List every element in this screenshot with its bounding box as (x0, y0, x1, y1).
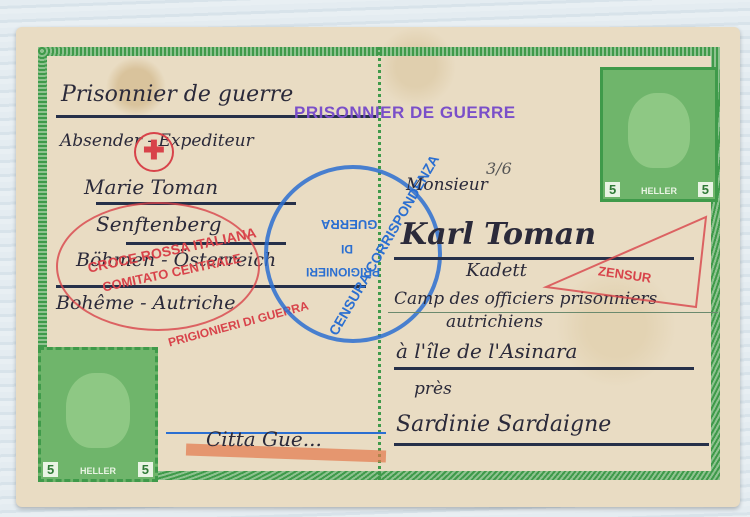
header-handwriting: Prisonnier de guerre (61, 82, 293, 107)
address-line: près (414, 379, 452, 399)
adhesive-postage-stamp: 5 HELLER 5 (38, 347, 158, 482)
pencil-note: 3/6 (486, 159, 512, 178)
purple-handstamp: PRISONNIER DE GUERRE (294, 103, 516, 123)
postcard: 5 HELLER 5 5 HELLER 5 Prisonnier de guer… (16, 27, 740, 507)
address-line: Sardinie Sardaigne (396, 412, 611, 437)
address-line: autrichiens (446, 312, 543, 332)
salutation: Monsieur (406, 175, 488, 195)
imprinted-postage-stamp: 5 HELLER 5 (600, 67, 718, 202)
emperor-portrait (628, 93, 691, 168)
blue-stamp-inner-text: DI (341, 242, 353, 256)
footer-note: Citta Gue... (206, 427, 322, 451)
emperor-portrait (66, 373, 130, 448)
addressee-rank: Kadett (466, 260, 527, 281)
rule (394, 443, 709, 446)
sender-line: Marie Toman (84, 175, 218, 199)
blue-stamp-inner-text: GUERRA (321, 217, 377, 232)
red-cross-icon: ✚ (143, 135, 165, 166)
red-triangle-censor-stamp (536, 197, 716, 317)
blue-stamp-inner-text: PRIGIONIERI (306, 265, 380, 279)
address-line: à l'île de l'Asinara (396, 339, 577, 363)
rule (394, 367, 694, 370)
